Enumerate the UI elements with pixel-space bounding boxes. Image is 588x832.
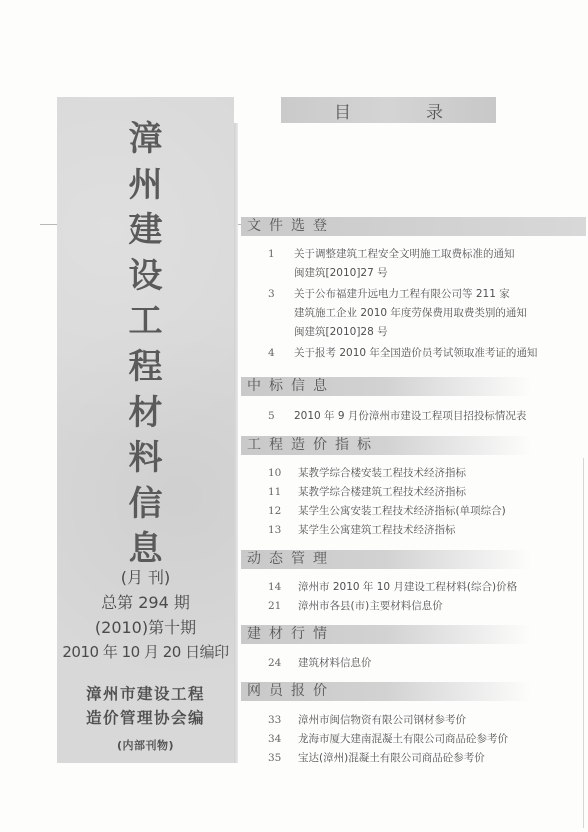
page-number: 14 [268,578,298,597]
entry-title: 某教学综合楼建筑工程技术经济指标 [298,483,466,502]
total-issue: 总第 294 期 [57,590,234,615]
entry-title: 某学生公寓建筑工程技术经济指标 [298,521,456,540]
title-char: 漳 [129,117,163,163]
magazine-title: 漳 州 建 设 工 程 材 料 信 息 [57,117,234,573]
page-number: 11 [268,483,298,502]
toc-entry[interactable]: 14 漳州市 2010 年 10 月建设工程材料(综合)价格 [268,578,517,597]
toc-entry[interactable]: 21 漳州市各县(市)主要材料信息价 [268,597,443,616]
title-char: 工 [129,299,163,345]
section-header-documents: 文件选登 [241,217,586,236]
title-char: 建 [129,208,163,254]
toc-entry[interactable]: 24 建筑材料信息价 [268,654,372,673]
page-number: 1 [268,245,294,283]
page-number: 5 [268,407,294,426]
entry-title: 某教学综合楼安装工程技术经济指标 [298,464,466,483]
toc-title: 目 录 [281,97,496,123]
section-header-material-market: 建材行情 [241,625,531,644]
entry-title: 漳州市 2010 年 10 月建设工程材料(综合)价格 [298,578,517,597]
page-number: 33 [268,711,298,730]
publisher: 漳州市建设工程 造价管理协会编 (内部刊物) [57,682,234,754]
toc-entry[interactable]: 33 漳州市闽信物资有限公司钢材参考价 [268,711,466,730]
page-number: 4 [268,344,294,363]
section-header-dynamic-management: 动态管理 [241,550,531,569]
page-number: 10 [268,464,298,483]
toc-entry[interactable]: 34 龙海市厦大建南混凝土有限公司商品砼参考价 [268,730,508,749]
toc-entry[interactable]: 1 关于调整建筑工程安全文明施工取费标准的通知 闽建筑[2010]27 号 [268,245,515,283]
toc-left-strip [234,123,238,763]
page-edge-line [583,458,584,828]
page-number: 24 [268,654,298,673]
section-title: 建材行情 [247,626,335,642]
title-char: 程 [129,345,163,391]
toc-entry[interactable]: 35 宝达(漳州)混凝土有限公司商品砼参考价 [268,749,485,768]
section-title: 工程造价指标 [247,437,379,453]
title-char: 材 [129,391,163,437]
issue-info: (月 刊) 总第 294 期 (2010)第十期 2010 年 10 月 20 … [57,565,234,665]
issue-number: (2010)第十期 [57,615,234,640]
entry-title: 关于报考 2010 年全国造价员考试领取准考证的通知 [294,344,537,363]
entry-title: 漳州市闽信物资有限公司钢材参考价 [298,711,466,730]
section-title: 网员报价 [247,683,335,699]
toc-entry[interactable]: 5 2010 年 9 月份漳州市建设工程项目招投标情况表 [268,407,526,426]
publisher-line: 漳州市建设工程 [57,682,234,706]
section-title: 中标信息 [247,378,335,394]
toc-entry[interactable]: 10 某教学综合楼安装工程技术经济指标 [268,464,466,483]
toc-title-char: 目 [334,98,351,123]
title-char: 州 [129,163,163,209]
toc-entry[interactable]: 4 关于报考 2010 年全国造价员考试领取准考证的通知 [268,344,537,363]
frequency-label: (月 刊) [57,565,234,590]
entry-title: 宝达(漳州)混凝土有限公司商品砼参考价 [298,749,485,768]
page-number: 35 [268,749,298,768]
toc-title-char: 录 [426,98,443,123]
section-title: 动态管理 [247,551,335,567]
entry-title: 龙海市厦大建南混凝土有限公司商品砼参考价 [298,730,508,749]
page-number: 34 [268,730,298,749]
title-char: 设 [129,254,163,300]
print-date: 2010 年 10 月 20 日编印 [57,640,234,665]
title-char: 信 [129,482,163,528]
title-char: 料 [129,436,163,482]
page-number: 13 [268,521,298,540]
entry-title: 漳州市各县(市)主要材料信息价 [298,597,443,616]
entry-title: 2010 年 9 月份漳州市建设工程项目招投标情况表 [294,407,526,426]
section-title: 文件选登 [247,218,335,234]
page-number: 21 [268,597,298,616]
entry-title: 建筑材料信息价 [298,654,372,673]
toc-entry[interactable]: 13 某学生公寓建筑工程技术经济指标 [268,521,456,540]
publisher-line: 造价管理协会编 [57,706,234,730]
page-number: 3 [268,285,294,342]
internal-note: (内部刊物) [57,738,234,754]
toc-entry[interactable]: 11 某教学综合楼建筑工程技术经济指标 [268,483,466,502]
toc-entry[interactable]: 3 关于公布福建升远电力工程有限公司等 211 家 建筑施工企业 2010 年度… [268,285,527,342]
section-header-bid-info: 中标信息 [241,377,531,396]
entry-title: 某学生公寓安装工程技术经济指标(单项综合) [298,502,506,521]
entry-title: 关于公布福建升远电力工程有限公司等 211 家 建筑施工企业 2010 年度劳保… [294,285,527,342]
page-number: 12 [268,502,298,521]
cover-panel: 漳 州 建 设 工 程 材 料 信 息 (月 刊) 总第 294 期 (2010… [57,97,234,763]
toc-entry[interactable]: 12 某学生公寓安装工程技术经济指标(单项综合) [268,502,506,521]
section-header-cost-indicators: 工程造价指标 [241,436,531,455]
entry-title: 关于调整建筑工程安全文明施工取费标准的通知 闽建筑[2010]27 号 [294,245,515,283]
section-header-member-quotes: 网员报价 [241,682,531,701]
